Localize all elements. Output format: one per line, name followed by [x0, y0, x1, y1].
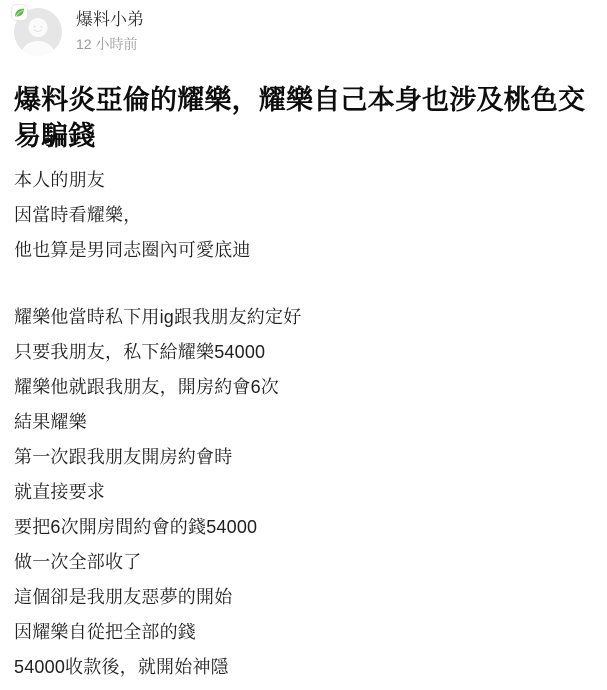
post-paragraph: 54000收款後，就開始神隱 — [14, 650, 593, 685]
paragraph-gap — [14, 268, 593, 300]
post-title: 爆料炎亞倫的耀樂，耀樂自己本身也涉及桃色交易騙錢 — [14, 82, 593, 154]
post-paragraph: 只要我朋友，私下給耀樂54000 — [14, 335, 593, 370]
username[interactable]: 爆料小弟 — [76, 9, 144, 31]
user-info: 爆料小弟 12 小時前 — [76, 8, 144, 53]
post-paragraph: 耀樂他就跟我朋友，開房約會6次 — [14, 370, 593, 405]
avatar[interactable] — [14, 8, 62, 56]
post-header: 爆料小弟 12 小時前 — [14, 8, 593, 56]
timestamp: 12 小時前 — [76, 35, 144, 53]
post-paragraph: 要把6次開房間約會的錢54000 — [14, 510, 593, 545]
post-paragraph: 本人的朋友 — [14, 163, 593, 198]
post-body: 本人的朋友因當時看耀樂，他也算是男同志圈內可愛底迪耀樂他當時私下用ig跟我朋友約… — [14, 163, 593, 685]
avatar-badge-leaf-icon — [11, 4, 28, 21]
post-paragraph: 就直接要求 — [14, 475, 593, 510]
post-paragraph: 第一次跟我朋友開房約會時 — [14, 440, 593, 475]
post-paragraph: 做一次全部收了 — [14, 545, 593, 580]
post-paragraph: 耀樂他當時私下用ig跟我朋友約定好 — [14, 300, 593, 335]
post-paragraph: 因耀樂自從把全部的錢 — [14, 615, 593, 650]
post-paragraph: 這個卻是我朋友惡夢的開始 — [14, 580, 593, 615]
post-paragraph: 因當時看耀樂， — [14, 198, 593, 233]
post-paragraph: 他也算是男同志圈內可愛底迪 — [14, 233, 593, 268]
post-paragraph: 結果耀樂 — [14, 405, 593, 440]
post-detail: 爆料小弟 12 小時前 爆料炎亞倫的耀樂，耀樂自己本身也涉及桃色交易騙錢 本人的… — [0, 0, 607, 685]
